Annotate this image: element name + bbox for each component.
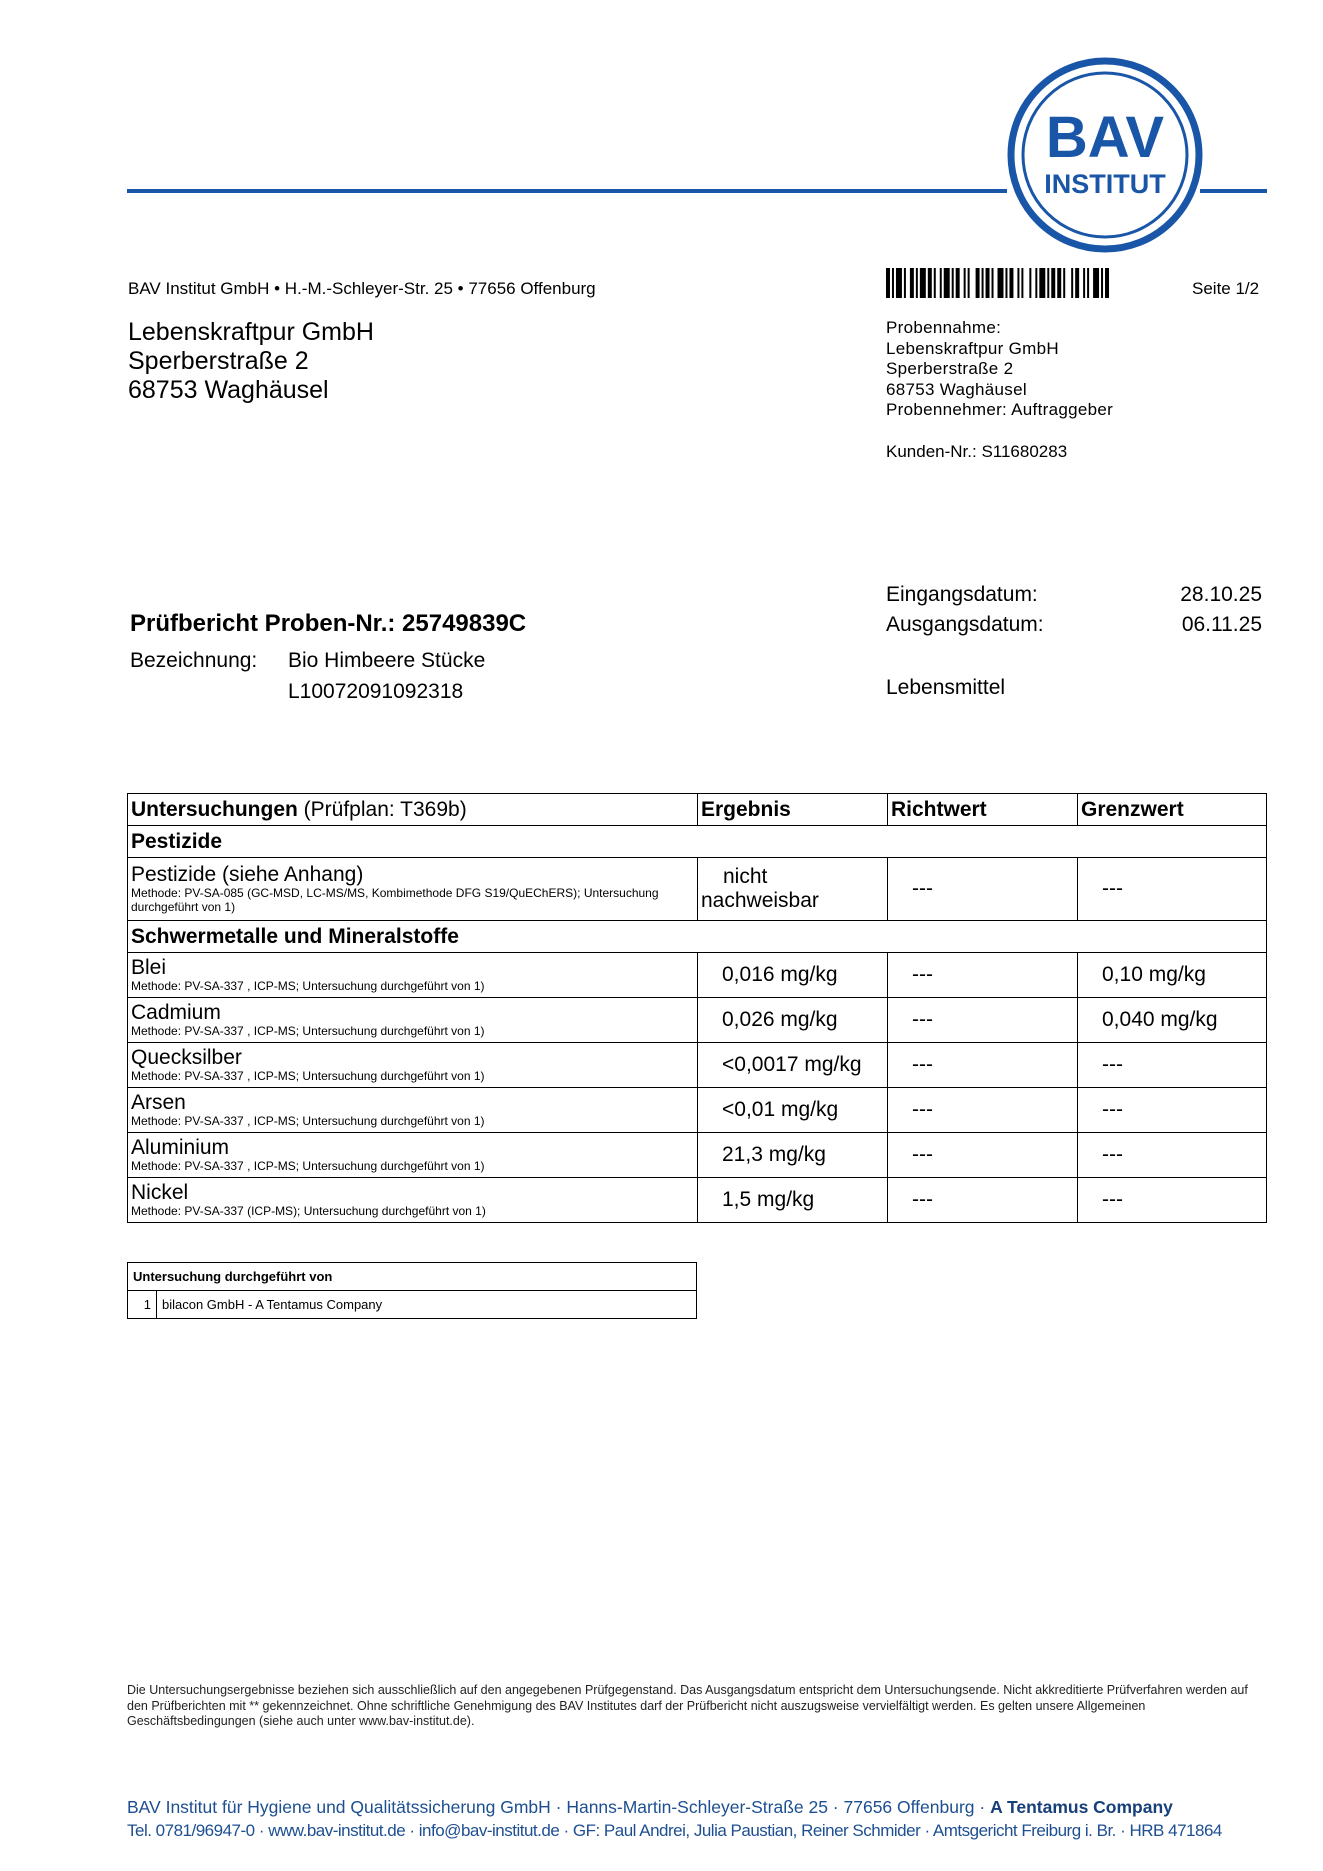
date-value: 28.10.25 [1180, 580, 1262, 610]
test-method: Methode: PV-SA-337 , ICP-MS; Untersuchun… [131, 1024, 694, 1038]
labs-table: Untersuchung durchgeführt von 1 bilacon … [127, 1262, 697, 1319]
lab-number: 1 [128, 1291, 157, 1319]
recipient-name: Lebenskraftpur GmbH [128, 318, 374, 347]
test-result: 21,3 mg/kg [698, 1133, 888, 1178]
table-row: 1 bilacon GmbH - A Tentamus Company [128, 1291, 697, 1319]
logo-text-bav: BAV [1046, 105, 1164, 170]
sampling-name: Lebenskraftpur GmbH [886, 339, 1113, 360]
date-label: Ausgangsdatum: [886, 610, 1044, 640]
sampler: Probennehmer: Auftraggeber [886, 400, 1113, 421]
page-indicator: Seite 1/2 [1192, 279, 1259, 299]
guide-value: --- [888, 1178, 1078, 1223]
customer-number: Kunden-Nr.: S11680283 [886, 442, 1067, 462]
guide-value: --- [888, 998, 1078, 1043]
footer: BAV Institut für Hygiene und Qualitätssi… [127, 1795, 1269, 1843]
header-limit-value: Grenzwert [1078, 794, 1267, 826]
test-name: Quecksilber [131, 1047, 694, 1069]
guide-value: --- [888, 858, 1078, 921]
disclaimer: Die Untersuchungsergebnisse beziehen sic… [127, 1683, 1267, 1730]
test-name: Nickel [131, 1182, 694, 1204]
sampling-street: Sperberstraße 2 [886, 359, 1113, 380]
date-value: 06.11.25 [1182, 610, 1262, 640]
sender-line: BAV Institut GmbH • H.-M.-Schleyer-Str. … [128, 279, 596, 299]
test-method: Methode: PV-SA-337 , ICP-MS; Untersuchun… [131, 979, 694, 993]
test-method: Methode: PV-SA-337 , ICP-MS; Untersuchun… [131, 1069, 694, 1083]
footer-line-2: Tel. 0781/96947-0 · www.bav-institut.de … [127, 1819, 1269, 1843]
header-guide-value: Richtwert [888, 794, 1078, 826]
guide-value: --- [888, 1088, 1078, 1133]
limit-value: --- [1078, 858, 1267, 921]
limit-value: --- [1078, 1043, 1267, 1088]
section-row: Schwermetalle und Mineralstoffe [128, 921, 1267, 953]
table-row: Pestizide (siehe Anhang) Methode: PV-SA-… [128, 858, 1267, 921]
test-method: Methode: PV-SA-337 (ICP-MS); Untersuchun… [131, 1204, 694, 1218]
guide-value: --- [888, 1133, 1078, 1178]
barcode [886, 268, 1111, 298]
test-name: Blei [131, 957, 694, 979]
test-method: Methode: PV-SA-337 , ICP-MS; Untersuchun… [131, 1114, 694, 1128]
designation-product: Bio Himbeere Stücke [288, 649, 485, 672]
limit-value: --- [1078, 1088, 1267, 1133]
section-row: Pestizide [128, 826, 1267, 858]
results-table: Untersuchungen (Prüfplan: T369b) Ergebni… [127, 793, 1267, 1223]
metal-rows: BleiMethode: PV-SA-337 , ICP-MS; Untersu… [128, 953, 1267, 1223]
test-result: nicht nachweisbar [698, 858, 888, 921]
date-row-received: Eingangsdatum: 28.10.25 [886, 580, 1262, 610]
header-tests: Untersuchungen (Prüfplan: T369b) [128, 794, 698, 826]
test-result: <0,01 mg/kg [698, 1088, 888, 1133]
recipient-address: Lebenskraftpur GmbH Sperberstraße 2 6875… [128, 318, 374, 405]
sampling-city: 68753 Waghäusel [886, 380, 1113, 401]
designation: Bezeichnung:Bio Himbeere Stücke L1007209… [130, 645, 485, 707]
table-row: QuecksilberMethode: PV-SA-337 , ICP-MS; … [128, 1043, 1267, 1088]
dates-block: Eingangsdatum: 28.10.25 Ausgangsdatum: 0… [886, 580, 1262, 640]
table-row: NickelMethode: PV-SA-337 (ICP-MS); Unter… [128, 1178, 1267, 1223]
recipient-city: 68753 Waghäusel [128, 376, 374, 405]
labs-header: Untersuchung durchgeführt von [128, 1263, 697, 1291]
logo-text-institut: INSTITUT [1044, 169, 1166, 199]
test-result: 1,5 mg/kg [698, 1178, 888, 1223]
test-name: Pestizide (siehe Anhang) [131, 864, 694, 886]
table-header: Untersuchungen (Prüfplan: T369b) Ergebni… [128, 794, 1267, 826]
sampling-info: Probennahme: Lebenskraftpur GmbH Sperber… [886, 318, 1113, 421]
report-title: Prüfbericht Proben-Nr.: 25749839C [130, 610, 526, 638]
table-row: BleiMethode: PV-SA-337 , ICP-MS; Untersu… [128, 953, 1267, 998]
date-row-issued: Ausgangsdatum: 06.11.25 [886, 610, 1262, 640]
bav-logo: BAV INSTITUT [1005, 55, 1205, 255]
test-name: Cadmium [131, 1002, 694, 1024]
test-method: Methode: PV-SA-337 , ICP-MS; Untersuchun… [131, 1159, 694, 1173]
test-name: Arsen [131, 1092, 694, 1114]
limit-value: --- [1078, 1178, 1267, 1223]
limit-value: 0,040 mg/kg [1078, 998, 1267, 1043]
guide-value: --- [888, 1043, 1078, 1088]
header-rule-right [1200, 189, 1267, 193]
sample-category: Lebensmittel [886, 676, 1005, 700]
footer-line-1: BAV Institut für Hygiene und Qualitätssi… [127, 1795, 1269, 1819]
test-method: Methode: PV-SA-085 (GC-MSD, LC-MS/MS, Ko… [131, 886, 694, 914]
limit-value: 0,10 mg/kg [1078, 953, 1267, 998]
header-rule [127, 189, 1007, 193]
test-name: Aluminium [131, 1137, 694, 1159]
sampling-label: Probennahme: [886, 318, 1113, 339]
test-result: 0,026 mg/kg [698, 998, 888, 1043]
designation-label: Bezeichnung: [130, 645, 288, 676]
designation-lot: L10072091092318 [130, 676, 485, 707]
lab-name: bilacon GmbH - A Tentamus Company [157, 1291, 697, 1319]
table-row: CadmiumMethode: PV-SA-337 , ICP-MS; Unte… [128, 998, 1267, 1043]
test-result: 0,016 mg/kg [698, 953, 888, 998]
date-label: Eingangsdatum: [886, 580, 1038, 610]
table-row: ArsenMethode: PV-SA-337 , ICP-MS; Unters… [128, 1088, 1267, 1133]
test-result: <0,0017 mg/kg [698, 1043, 888, 1088]
guide-value: --- [888, 953, 1078, 998]
recipient-street: Sperberstraße 2 [128, 347, 374, 376]
table-row: AluminiumMethode: PV-SA-337 , ICP-MS; Un… [128, 1133, 1267, 1178]
header-result: Ergebnis [698, 794, 888, 826]
limit-value: --- [1078, 1133, 1267, 1178]
